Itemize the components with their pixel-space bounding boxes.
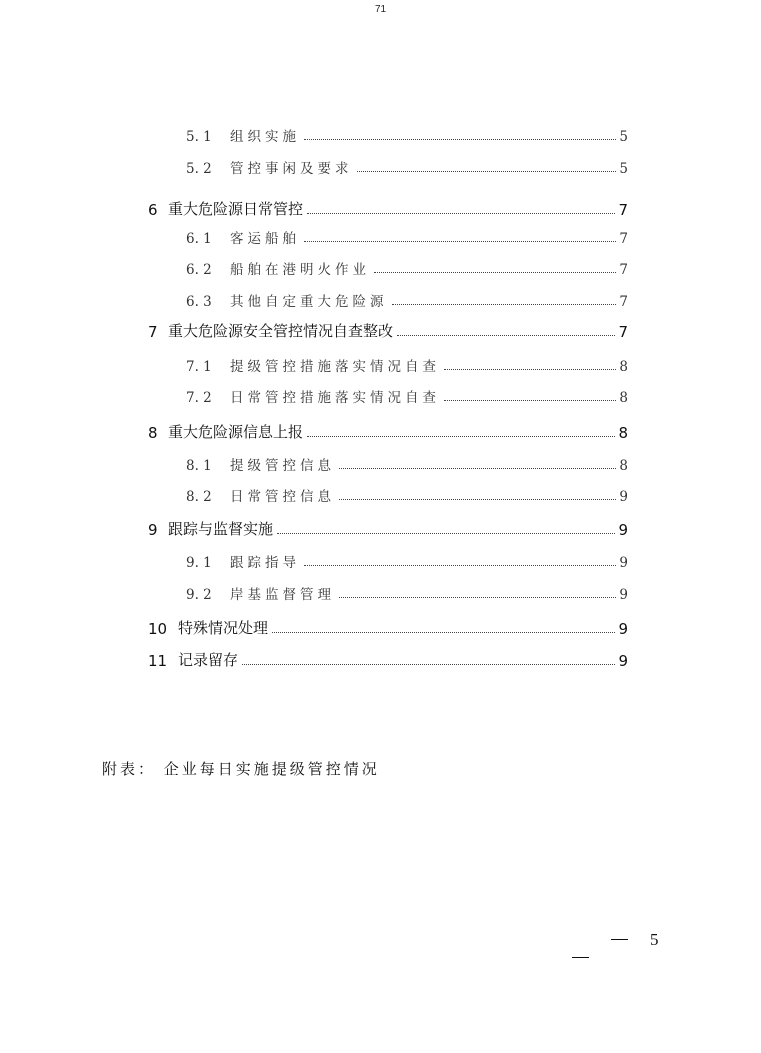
toc-entry-number: 7 (148, 323, 168, 341)
toc-entry[interactable]: 6. 1 客运船舶 7 (186, 225, 628, 247)
toc-entry[interactable]: 9 跟踪与监督实施 9 (148, 517, 628, 539)
toc-entry-title: 其他自定重大危险源 (230, 290, 388, 310)
toc-entry-number: 8. 1 (186, 458, 230, 474)
toc-entry-page: 5 (619, 129, 628, 145)
dot-leader (444, 399, 616, 401)
toc-entry-title: 记录留存 (178, 649, 238, 670)
dot-leader (304, 564, 616, 566)
toc-entry-title: 岸基监督管理 (230, 583, 335, 603)
toc-entry-title: 重大危险源日常管控 (168, 198, 303, 219)
toc-entry-page: 7 (618, 323, 628, 341)
header-page-number: 71 (0, 4, 761, 15)
dot-leader (307, 435, 615, 437)
toc-entry-number: 8. 2 (186, 489, 230, 505)
toc-entry-number: 9. 1 (186, 555, 230, 571)
toc-entry-number: 5. 2 (186, 161, 230, 177)
appendix-label: 附表： 企业每日实施提级管控情况 (102, 758, 380, 779)
toc-entry-title: 客运船舶 (230, 227, 300, 247)
footer-dash (572, 957, 589, 958)
toc-entry-page: 9 (618, 652, 628, 670)
toc-entry-title: 重大危险源信息上报 (168, 421, 303, 442)
toc-entry[interactable]: 5. 1 组织实施 5 (186, 123, 628, 145)
toc-entry-title: 日常管控信息 (230, 485, 335, 505)
toc-entry-number: 6 (148, 201, 168, 219)
toc-entry-page: 8 (619, 390, 628, 406)
dot-leader (357, 170, 617, 172)
toc-entry-page: 9 (618, 620, 628, 638)
dot-leader (304, 138, 616, 140)
toc-entry-page: 8 (618, 424, 628, 442)
toc-entry-number: 6. 3 (186, 294, 230, 310)
toc-entry-page: 9 (618, 521, 628, 539)
toc-entry-number: 7. 2 (186, 390, 230, 406)
toc-entry-title: 重大危险源安全管控情况自查整改 (168, 320, 393, 341)
toc-entry[interactable]: 6 重大危险源日常管控 7 (148, 197, 628, 219)
footer-dash (611, 939, 628, 940)
dot-leader (242, 663, 615, 665)
toc-entry[interactable]: 9. 2 岸基监督管理 9 (186, 581, 628, 603)
toc-entry[interactable]: 8 重大危险源信息上报 8 (148, 420, 628, 442)
dot-leader (339, 596, 616, 598)
toc-entry-page: 9 (619, 489, 628, 505)
toc-entry[interactable]: 5. 2 管控事闲及要求 5 (186, 155, 628, 177)
toc-entry-title: 跟踪与监督实施 (168, 518, 273, 539)
dot-leader (307, 212, 615, 214)
toc-entry-number: 6. 2 (186, 262, 230, 278)
dot-leader (397, 334, 615, 336)
toc-entry[interactable]: 6. 3 其他自定重大危险源 7 (186, 288, 628, 310)
footer-page-number: 5 (650, 930, 659, 950)
toc-entry-title: 日常管控措施落实情况自查 (230, 386, 440, 406)
dot-leader (339, 467, 616, 469)
toc-entry-number: 5. 1 (186, 129, 230, 145)
dot-leader (444, 368, 616, 370)
toc-entry-number: 9. 2 (186, 587, 230, 603)
toc-entry-number: 9 (148, 521, 168, 539)
toc-entry[interactable]: 7 重大危险源安全管控情况自查整改 7 (148, 319, 628, 341)
toc-entry-number: 11 (148, 652, 178, 670)
toc-entry-page: 7 (619, 294, 628, 310)
toc-entry-title: 跟踪指导 (230, 551, 300, 571)
toc-entry-title: 提级管控信息 (230, 454, 335, 474)
toc-entry[interactable]: 7. 1 提级管控措施落实情况自查 8 (186, 353, 628, 375)
toc-entry[interactable]: 8. 1 提级管控信息 8 (186, 452, 628, 474)
toc-entry-number: 6. 1 (186, 231, 230, 247)
toc-entry[interactable]: 11 记录留存 9 (148, 648, 628, 670)
toc-entry-page: 9 (619, 555, 628, 571)
toc-entry-title: 特殊情况处理 (178, 617, 268, 638)
toc-entry-number: 8 (148, 424, 168, 442)
dot-leader (272, 631, 615, 633)
toc-entry-title: 管控事闲及要求 (230, 157, 353, 177)
dot-leader (374, 271, 616, 273)
dot-leader (392, 303, 617, 305)
toc-entry[interactable]: 8. 2 日常管控信息 9 (186, 483, 628, 505)
toc-entry-title: 组织实施 (230, 125, 300, 145)
toc-entry[interactable]: 9. 1 跟踪指导 9 (186, 549, 628, 571)
toc-entry-title: 船舶在港明火作业 (230, 258, 370, 278)
toc-entry[interactable]: 10 特殊情况处理 9 (148, 616, 628, 638)
toc-entry-page: 9 (619, 587, 628, 603)
toc-entry-page: 7 (619, 231, 628, 247)
toc-entry-number: 7. 1 (186, 359, 230, 375)
toc-entry-number: 10 (148, 620, 178, 638)
dot-leader (304, 240, 616, 242)
toc-entry-page: 7 (618, 201, 628, 219)
toc-entry-page: 7 (619, 262, 628, 278)
toc-entry-page: 8 (619, 359, 628, 375)
dot-leader (277, 532, 615, 534)
toc-entry[interactable]: 6. 2 船舶在港明火作业 7 (186, 256, 628, 278)
toc-entry-page: 8 (619, 458, 628, 474)
toc-entry[interactable]: 7. 2 日常管控措施落实情况自查 8 (186, 384, 628, 406)
toc-entry-page: 5 (619, 161, 628, 177)
dot-leader (339, 498, 616, 500)
toc-entry-title: 提级管控措施落实情况自查 (230, 355, 440, 375)
